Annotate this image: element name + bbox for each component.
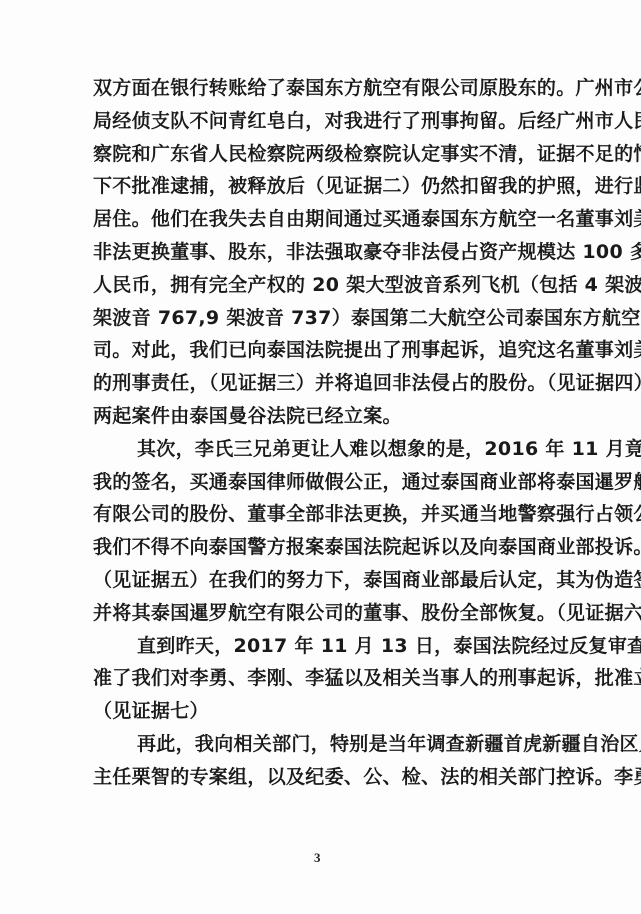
text-line: （见证据七） xyxy=(93,695,553,728)
paragraph-start-line: 其次，李氏三兄弟更让人难以想象的是，2016 年 11 月竟然冒充 xyxy=(93,433,553,466)
paragraph-start-line: 直到昨天，2017 年 11 月 13 日，泰国法院经过反复审查后才批 xyxy=(93,630,553,663)
text-line: 有限公司的股份、董事全部非法更换，并买通当地警察强行占领公司。 xyxy=(93,498,553,531)
text-line: （见证据五）在我们的努力下，泰国商业部最后认定，其为伪造签名。 xyxy=(93,564,553,597)
document-page: 双方面在银行转账给了泰国东方航空有限公司原股东的。广州市公安 局经侦支队不问青红… xyxy=(0,0,641,914)
body-text: 双方面在银行转账给了泰国东方航空有限公司原股东的。广州市公安 局经侦支队不问青红… xyxy=(93,72,553,794)
text-line: 准了我们对李勇、李刚、李猛以及相关当事人的刑事起诉，批准立案。 xyxy=(93,662,553,695)
text-line: 我的签名，买通泰国律师做假公正，通过泰国商业部将泰国暹罗航空 xyxy=(93,466,553,499)
text-line: 两起案件由泰国曼谷法院已经立案。 xyxy=(93,400,553,433)
page-number: 3 xyxy=(314,850,321,866)
text-line: 下不批准逮捕，被释放后（见证据二）仍然扣留我的护照，进行监视 xyxy=(93,170,553,203)
paragraph-start-line: 再此，我向相关部门，特别是当年调查新疆首虎新疆自治区人大 xyxy=(93,728,553,761)
text-line: 双方面在银行转账给了泰国东方航空有限公司原股东的。广州市公安 xyxy=(93,72,553,105)
text-line: 局经侦支队不问青红皂白，对我进行了刑事拘留。后经广州市人民检 xyxy=(93,105,553,138)
text-line: 并将其泰国暹罗航空有限公司的董事、股份全部恢复。（见证据六） xyxy=(93,597,553,630)
text-line: 居住。他们在我失去自由期间通过买通泰国东方航空一名董事刘美婷， xyxy=(93,203,553,236)
text-line: 非法更换董事、股东，非法强取豪夺非法侵占资产规模达 100 多亿元 xyxy=(93,236,553,269)
text-line: 司。对此，我们已向泰国法院提出了刑事起诉，追究这名董事刘美婷 xyxy=(93,334,553,367)
text-line: 察院和广东省人民检察院两级检察院认定事实不清，证据不足的情况 xyxy=(93,138,553,171)
text-line: 架波音 767,9 架波音 737）泰国第二大航空公司泰国东方航空有限公 xyxy=(93,302,553,335)
text-line: 人民币，拥有完全产权的 20 架大型波音系列飞机（包括 4 架波音 747,7 xyxy=(93,269,553,302)
text-line: 的刑事责任，（见证据三）并将追回非法侵占的股份。（见证据四）这 xyxy=(93,367,553,400)
text-line: 我们不得不向泰国警方报案泰国法院起诉以及向泰国商业部投诉。 xyxy=(93,531,553,564)
text-line: 主任栗智的专案组，以及纪委、公、检、法的相关部门控诉。李勇当 xyxy=(93,761,553,794)
